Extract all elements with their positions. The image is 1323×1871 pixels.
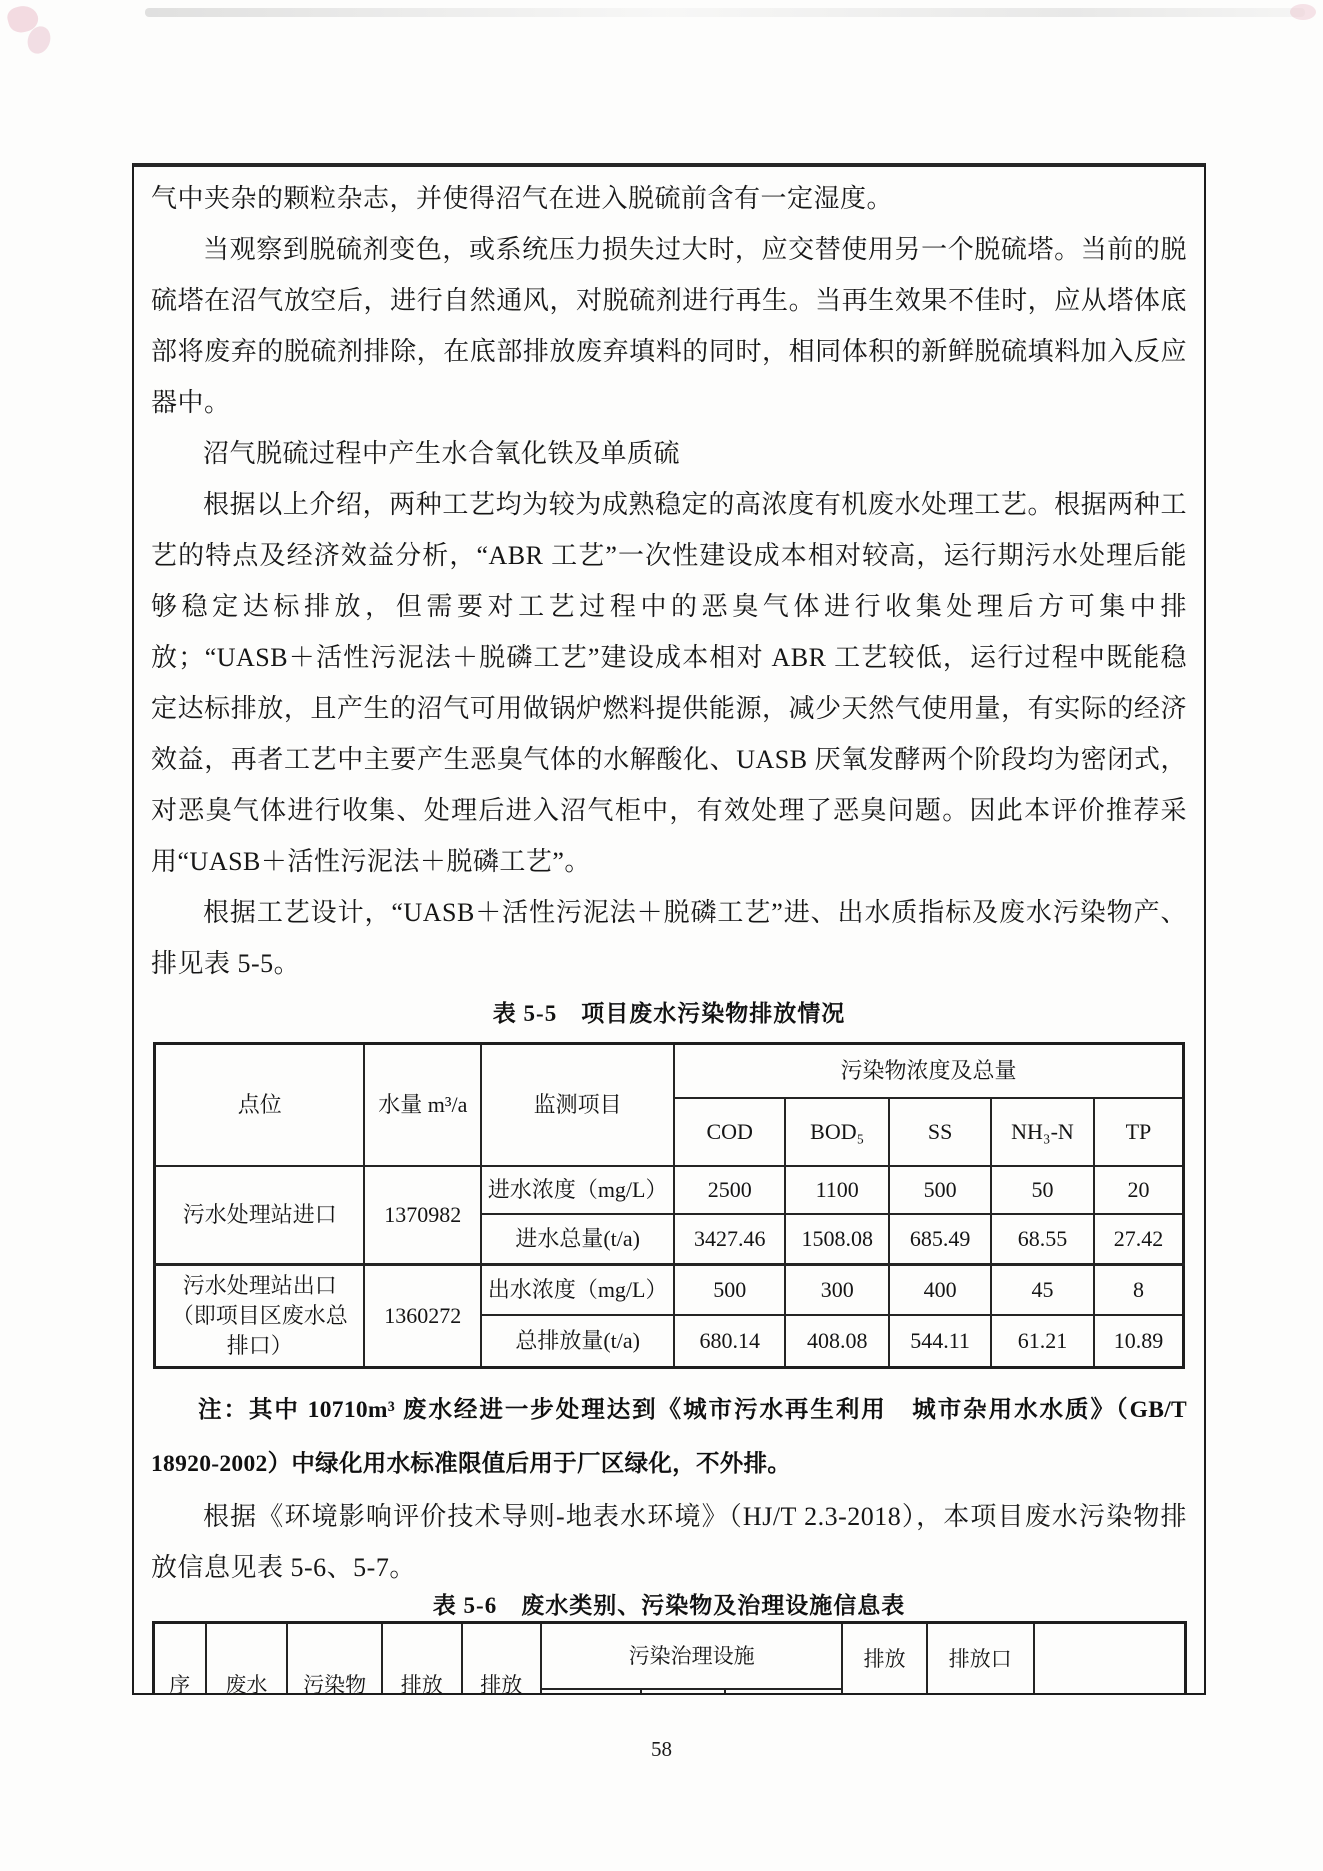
header-treatment: 污染 治理 (641, 1689, 725, 1695)
header-bod5: BOD₅ (785, 1098, 889, 1166)
cell-value: 10.89 (1094, 1315, 1184, 1368)
header-monitor-item: 监测项目 (481, 1044, 674, 1167)
scan-smudge-artifact (1290, 4, 1316, 20)
cell-value: 20 (1094, 1166, 1184, 1214)
cell-point-outlet: 污水处理站出口 （即项目区废水总 排口） (155, 1265, 365, 1368)
header-treatment-process: 污染治理 设施工艺 (725, 1689, 843, 1695)
header-outlet-number: 排放 口编 号 (842, 1623, 927, 1696)
page-number: 58 (0, 1737, 1323, 1762)
cell-value: 68.55 (991, 1214, 1094, 1265)
header-pollutant-group: 污染物浓度及总量 (674, 1044, 1183, 1099)
table-5-5-caption: 表 5-5 项目废水污染物排放情况 (151, 999, 1187, 1029)
cell-value: 685.49 (889, 1214, 991, 1265)
header-discharge-pattern: 排放 规律 (462, 1623, 541, 1696)
page-border-box: 气中夹杂的颗粒杂志，并使得沼气在进入脱硫前含有一定湿度。 当观察到脱硫剂变色，或… (132, 163, 1206, 1695)
cell-item-total-discharge: 总排放量(t/a) (481, 1315, 674, 1368)
header-wastewater-category: 废水 类别 (206, 1623, 288, 1696)
document-page: 气中夹杂的颗粒杂志，并使得沼气在进入脱硫前含有一定湿度。 当观察到脱硫剂变色，或… (0, 0, 1323, 1871)
paragraph-continuation: 气中夹杂的颗粒杂志，并使得沼气在进入脱硫前含有一定湿度。 (151, 173, 1187, 224)
cell-value: 45 (991, 1265, 1094, 1316)
header-treatment-facility-group: 污染治理设施 (541, 1623, 842, 1690)
header-water-volume: 水量 m³/a (364, 1044, 481, 1167)
paragraph-process-comparison: 根据以上介绍，两种工艺均为较为成熟稳定的高浓度有机废水处理工艺。根据两种工艺的特… (151, 479, 1187, 887)
cell-value: 300 (785, 1265, 889, 1316)
cell-value: 500 (889, 1166, 991, 1214)
cell-value: 8 (1094, 1265, 1184, 1316)
cell-value: 1100 (785, 1166, 889, 1214)
cell-item-outflow-conc: 出水浓度（mg/L） (481, 1265, 674, 1316)
header-seq-no: 序 号 (153, 1623, 206, 1696)
paragraph-desulfurizer: 当观察到脱硫剂变色，或系统压力损失过大时，应交替使用另一个脱硫塔。当前的脱硫塔在… (151, 224, 1187, 428)
paragraph-guideline-reference: 根据《环境影响评价技术导则-地表水环境》（HJ/T 2.3-2018），本项目废… (151, 1491, 1187, 1593)
cell-item-inflow-conc: 进水浓度（mg/L） (481, 1166, 674, 1214)
header-discharge-destination: 排放 去向 (382, 1623, 461, 1696)
cell-value: 400 (889, 1265, 991, 1316)
cell-value: 680.14 (674, 1315, 785, 1368)
cell-value: 50 (991, 1166, 1094, 1214)
cell-value: 408.08 (785, 1315, 889, 1368)
header-tp: TP (1094, 1098, 1184, 1166)
cell-value: 500 (674, 1265, 785, 1316)
header-point: 点位 (155, 1044, 365, 1167)
header-cod: COD (674, 1098, 785, 1166)
cell-volume-inlet: 1370982 (364, 1166, 481, 1265)
table-5-6-treatment-facility-info: 序 号 废水 类别 污染物 种类 排放 去向 排放 规律 污染治理设施 排放 口… (152, 1621, 1187, 1695)
header-outlet-compliance: 排放口 设置是 否符合 (927, 1623, 1034, 1696)
cell-value: 1508.08 (785, 1214, 889, 1265)
header-nh3n: NH₃-N (991, 1098, 1094, 1166)
paragraph-byproducts: 沼气脱硫过程中产生水合氧化铁及单质硫 (151, 428, 1187, 479)
table-5-5-note: 注：其中 10710m³ 废水经进一步处理达到《城市污水再生利用 城市杂用水水质… (151, 1383, 1187, 1491)
paragraph-design-reference: 根据工艺设计，“UASB＋活性污泥法＋脱磷工艺”进、出水质指标及废水污染物产、排… (151, 887, 1187, 989)
cell-value: 2500 (674, 1166, 785, 1214)
cell-volume-outlet: 1360272 (364, 1265, 481, 1368)
scan-streak-artifact (145, 8, 1305, 17)
header-pollutant-type: 污染物 种类 (287, 1623, 382, 1696)
header-ss: SS (889, 1098, 991, 1166)
cell-point-inlet: 污水处理站进口 (155, 1166, 365, 1265)
header-outlet-type: 排放口类型 (1034, 1623, 1185, 1696)
header-treatment-facility: 污染治 理设施 (541, 1689, 641, 1695)
table-5-5-wastewater-discharge: 点位 水量 m³/a 监测项目 污染物浓度及总量 COD BOD₅ SS NH₃… (153, 1042, 1185, 1369)
cell-value: 3427.46 (674, 1214, 785, 1265)
cell-item-inflow-total: 进水总量(t/a) (481, 1214, 674, 1265)
cell-value: 61.21 (991, 1315, 1094, 1368)
cell-value: 27.42 (1094, 1214, 1184, 1265)
table-5-6-caption: 表 5-6 废水类别、污染物及治理设施信息表 (151, 1591, 1187, 1621)
cell-value: 544.11 (889, 1315, 991, 1368)
